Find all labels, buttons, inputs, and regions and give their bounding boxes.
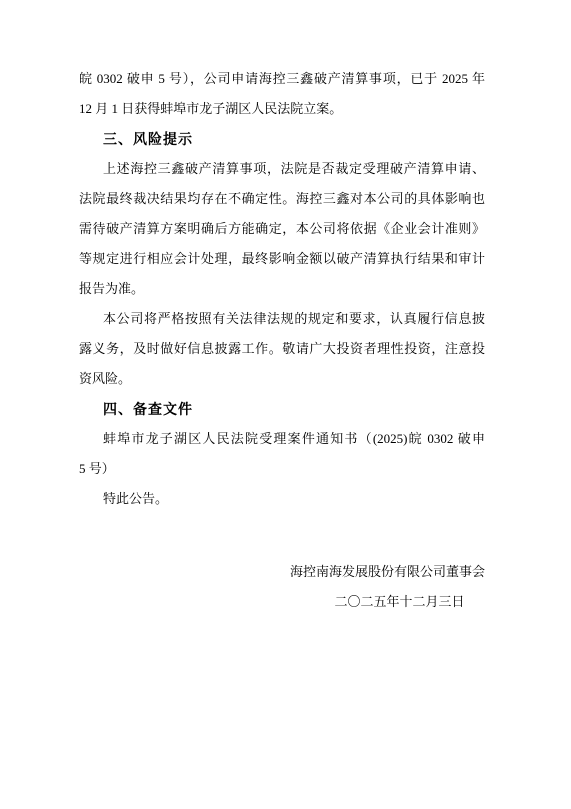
section-heading-documents: 四、备查文件 xyxy=(79,394,485,424)
body-line: 需待破产清算方案明确后方能确定，本公司将依据《企业会计准则》 xyxy=(79,214,485,244)
body-line: 本公司将严格按照有关法律法规的规定和要求，认真履行信息披 xyxy=(79,304,485,334)
signature-block: 海控南海发展股份有限公司董事会 二〇二五年十二月三日 xyxy=(79,557,485,622)
body-line: 蚌埠市龙子湖区人民法院受理案件通知书（(2025)皖 0302 破申 xyxy=(79,424,485,454)
body-line: 报告为准。 xyxy=(79,274,485,304)
closing-statement: 特此公告。 xyxy=(79,484,485,514)
document-page: 皖 0302 破申 5 号），公司申请海控三鑫破产清算事项，已于 2025 年 … xyxy=(0,0,571,809)
signature-inner: 海控南海发展股份有限公司董事会 二〇二五年十二月三日 xyxy=(290,557,485,617)
body-line: 上述海控三鑫破产清算事项，法院是否裁定受理破产清算申请、 xyxy=(79,154,485,184)
body-line: 等规定进行相应会计处理，最终影响金额以破产清算执行结果和审计 xyxy=(79,244,485,274)
document-body: 皖 0302 破申 5 号），公司申请海控三鑫破产清算事项，已于 2025 年 … xyxy=(0,0,571,622)
signature-date: 二〇二五年十二月三日 xyxy=(290,587,485,617)
body-line: 12 月 1 日获得蚌埠市龙子湖区人民法院立案。 xyxy=(79,94,485,124)
body-line: 露义务，及时做好信息披露工作。敬请广大投资者理性投资，注意投 xyxy=(79,334,485,364)
body-line: 资风险。 xyxy=(79,364,485,394)
body-line: 皖 0302 破申 5 号），公司申请海控三鑫破产清算事项，已于 2025 年 xyxy=(79,64,485,94)
section-heading-risk: 三、风险提示 xyxy=(79,124,485,154)
body-line: 法院最终裁决结果均存在不确定性。海控三鑫对本公司的具体影响也 xyxy=(79,184,485,214)
signature-company: 海控南海发展股份有限公司董事会 xyxy=(290,557,485,587)
blank-space xyxy=(79,514,485,557)
body-line: 5 号） xyxy=(79,454,485,484)
